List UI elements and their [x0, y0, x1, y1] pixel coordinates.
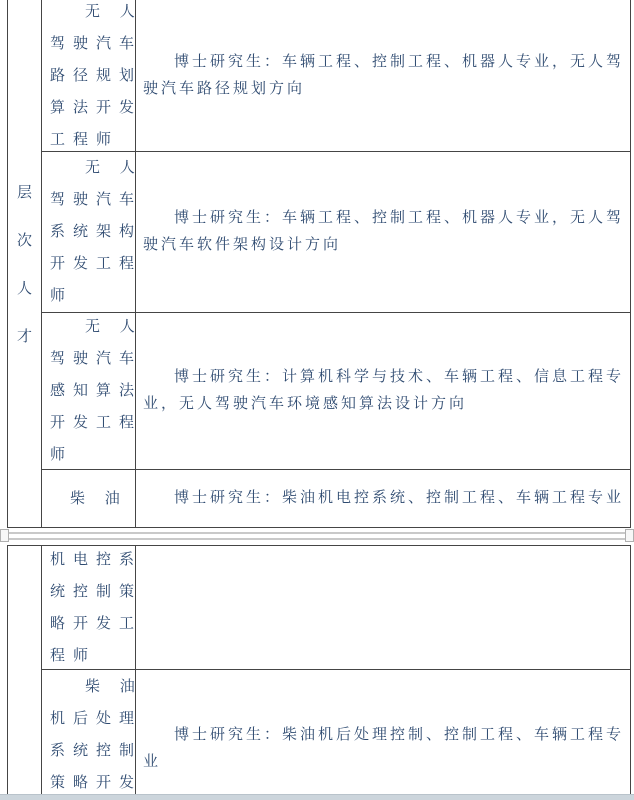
position-cell: 无 人 驾驶汽车 感知算法 开发工程 师 [42, 313, 136, 469]
table-page1: 层 次 人 才 无 人 驾驶汽车 路径规划 算法开发 工程师 博士研究生：车辆工… [7, 0, 631, 528]
requirement-cell: 博士研究生：车辆工程、控制工程、机器人专业，无人驾 驶汽车路径规划方向 [136, 0, 630, 151]
text-line: 博士研究生：柴油机后处理控制、控制工程、车辆工程专 [174, 722, 630, 749]
text-line: 工程师 [50, 124, 135, 152]
text-line: 无 人 [85, 0, 135, 28]
rows-page1: 无 人 驾驶汽车 路径规划 算法开发 工程师 博士研究生：车辆工程、控制工程、机… [42, 0, 630, 527]
text-line: 博士研究生：柴油机电控系统、控制工程、车辆工程专业 [174, 485, 630, 512]
text-line: 系统架构 [50, 216, 135, 248]
text-line: 驶汽车路径规划方向 [143, 76, 630, 103]
category-char: 才 [17, 325, 32, 346]
page-break-right-cap [625, 529, 634, 542]
category-char: 人 [17, 277, 32, 298]
text-line: 师 [50, 439, 135, 469]
text-line: 开发工程 [50, 248, 135, 280]
requirement-cell: 博士研究生：计算机科学与技术、车辆工程、信息工程专 业，无人驾驶汽车环境感知算法… [136, 313, 630, 469]
category-cell-continued [8, 546, 42, 800]
position-cell: 无 人 驾驶汽车 路径规划 算法开发 工程师 [42, 0, 136, 151]
requirement-cell [136, 546, 630, 669]
text-line: 柴 油 [85, 671, 135, 703]
text-line: 博士研究生：车辆工程、控制工程、机器人专业，无人驾 [174, 49, 630, 76]
text-line: 感知算法 [50, 375, 135, 407]
category-char: 次 [17, 229, 32, 250]
page-break-band [0, 532, 634, 540]
table-row: 机电控系 统控制策 略开发工 程师 [42, 546, 630, 670]
text-line: 驶汽车软件架构设计方向 [143, 232, 630, 259]
bottom-page-edge [0, 794, 634, 800]
position-cell: 机电控系 统控制策 略开发工 程师 [42, 546, 136, 669]
rows-page2: 机电控系 统控制策 略开发工 程师 柴 油 机后处理 系统控制 策略开发 博士研… [42, 546, 630, 800]
text-line: 系统控制 [50, 735, 135, 767]
text-line: 程师 [50, 640, 135, 670]
table-row: 柴 油 机后处理 系统控制 策略开发 博士研究生：柴油机后处理控制、控制工程、车… [42, 670, 630, 800]
page-break-left-cap [0, 529, 9, 542]
text-line: 驾驶汽车 [50, 28, 135, 60]
position-cell: 柴 油 机后处理 系统控制 策略开发 [42, 670, 136, 800]
category-cell: 层 次 人 才 [8, 0, 42, 527]
document-page: 层 次 人 才 无 人 驾驶汽车 路径规划 算法开发 工程师 博士研究生：车辆工… [0, 0, 634, 800]
text-line: 开发工程 [50, 407, 135, 439]
text-line: 机后处理 [50, 703, 135, 735]
table-page2: 机电控系 统控制策 略开发工 程师 柴 油 机后处理 系统控制 策略开发 博士研… [7, 545, 631, 800]
text-line: 博士研究生：车辆工程、控制工程、机器人专业，无人驾 [174, 205, 630, 232]
category-char: 层 [17, 181, 32, 202]
text-line: 机电控系 [50, 546, 135, 576]
requirement-cell: 博士研究生：柴油机电控系统、控制工程、车辆工程专业 [136, 470, 630, 527]
text-line: 驾驶汽车 [50, 184, 135, 216]
text-line: 博士研究生：计算机科学与技术、车辆工程、信息工程专 [174, 364, 630, 391]
text-line: 算法开发 [50, 92, 135, 124]
text-line: 业 [143, 749, 630, 776]
table-row: 柴 油 博士研究生：柴油机电控系统、控制工程、车辆工程专业 [42, 470, 630, 527]
requirement-cell: 博士研究生：车辆工程、控制工程、机器人专业，无人驾 驶汽车软件架构设计方向 [136, 152, 630, 312]
text-line: 师 [50, 280, 135, 312]
table-row: 无 人 驾驶汽车 感知算法 开发工程 师 博士研究生：计算机科学与技术、车辆工程… [42, 313, 630, 470]
text-line: 业，无人驾驶汽车环境感知算法设计方向 [143, 391, 630, 418]
text-line: 统控制策 [50, 576, 135, 608]
text-line: 驾驶汽车 [50, 343, 135, 375]
text-line: 无 人 [85, 313, 135, 343]
text-line: 略开发工 [50, 608, 135, 640]
position-cell: 无 人 驾驶汽车 系统架构 开发工程 师 [42, 152, 136, 312]
text-line: 无 人 [85, 152, 135, 184]
requirement-cell: 博士研究生：柴油机后处理控制、控制工程、车辆工程专 业 [136, 670, 630, 800]
table-row: 无 人 驾驶汽车 路径规划 算法开发 工程师 博士研究生：车辆工程、控制工程、机… [42, 0, 630, 152]
table-row: 无 人 驾驶汽车 系统架构 开发工程 师 博士研究生：车辆工程、控制工程、机器人… [42, 152, 630, 313]
text-line: 柴 油 [70, 483, 135, 515]
position-cell: 柴 油 [42, 470, 136, 527]
text-line: 路径规划 [50, 60, 135, 92]
